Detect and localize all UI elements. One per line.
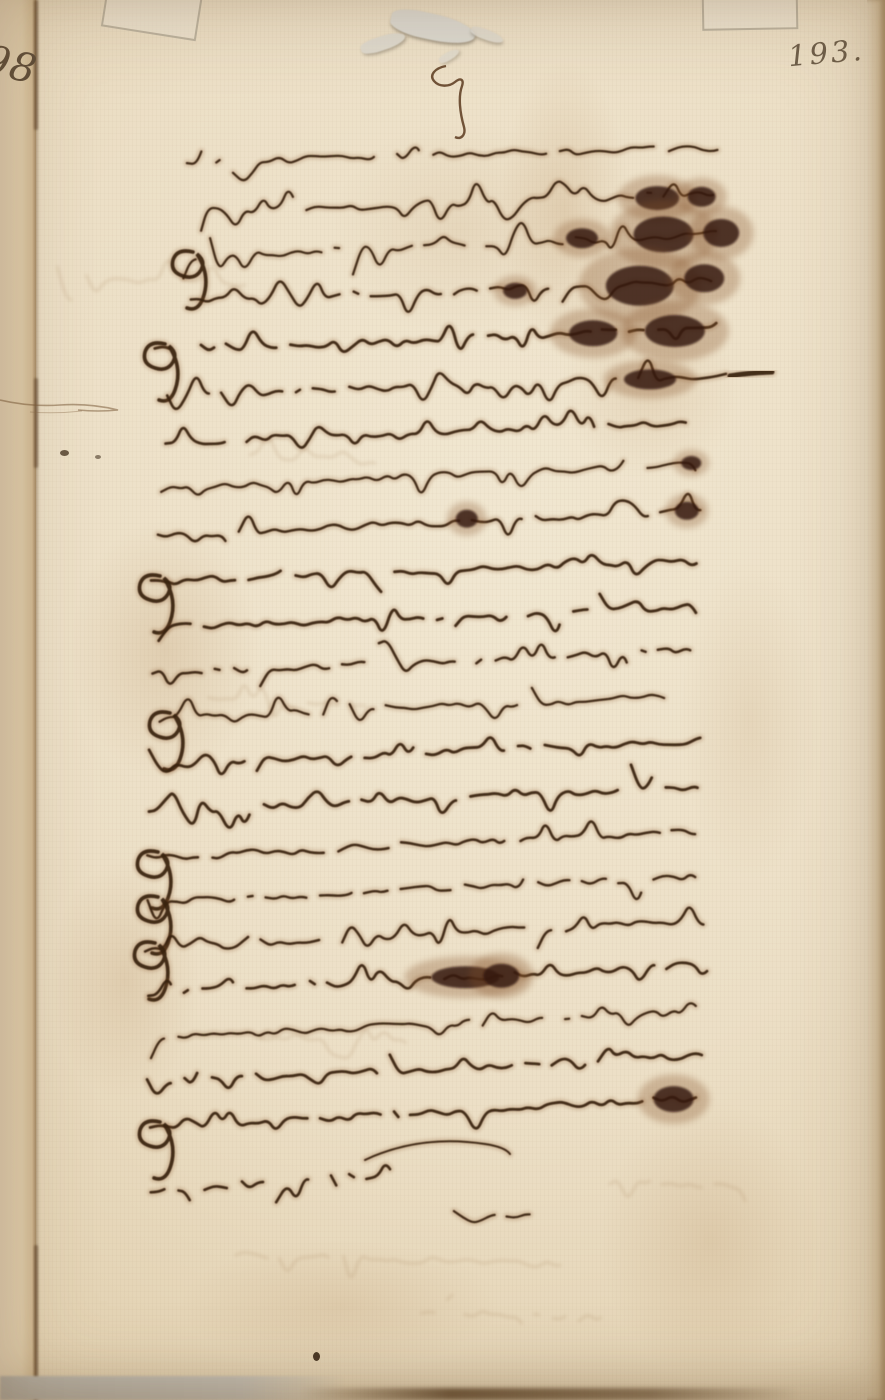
handwriting-line [159, 594, 696, 641]
handwriting-line [145, 908, 703, 952]
manuscript-page: 98 193. [0, 0, 885, 1400]
ink-blot [675, 502, 699, 520]
handwriting-line-halo [148, 875, 696, 918]
ink-blot [456, 510, 478, 528]
handwriting-line-halo [149, 738, 700, 774]
handwriting-line [147, 1049, 702, 1093]
handwriting-line-halo [149, 765, 697, 828]
handwriting-line [151, 1166, 390, 1203]
ink-blot [566, 228, 598, 248]
ink-blot [634, 217, 694, 253]
bleed-through-text [260, 1031, 405, 1058]
handwriting-line [151, 555, 696, 591]
ink-blot [503, 283, 527, 299]
ink-blot [684, 264, 724, 292]
handwriting-line-halo [161, 461, 695, 495]
handwriting-line-halo [145, 908, 703, 952]
bleed-through-text [421, 1295, 600, 1323]
bleed-through-text [610, 1181, 745, 1200]
handwriting-line [148, 875, 696, 918]
handwriting-line [149, 765, 697, 828]
handwriting-line-halo [187, 146, 718, 180]
ink-blot [569, 320, 617, 346]
handwriting-line [150, 1097, 696, 1128]
ink-blot [681, 456, 701, 470]
ink-blot [703, 219, 739, 247]
handwriting-layer [0, 0, 885, 1400]
ink-blot [645, 315, 705, 347]
handwriting-line-halo [159, 594, 696, 641]
ink-blot [483, 964, 519, 988]
handwriting-line-halo [160, 688, 664, 722]
ink-blot [606, 266, 674, 306]
ink-blot [654, 1086, 694, 1112]
handwriting-line-halo [166, 411, 686, 448]
ink-blot [624, 369, 676, 389]
bleed-through-text [236, 1252, 560, 1276]
ink-blot [688, 187, 716, 207]
